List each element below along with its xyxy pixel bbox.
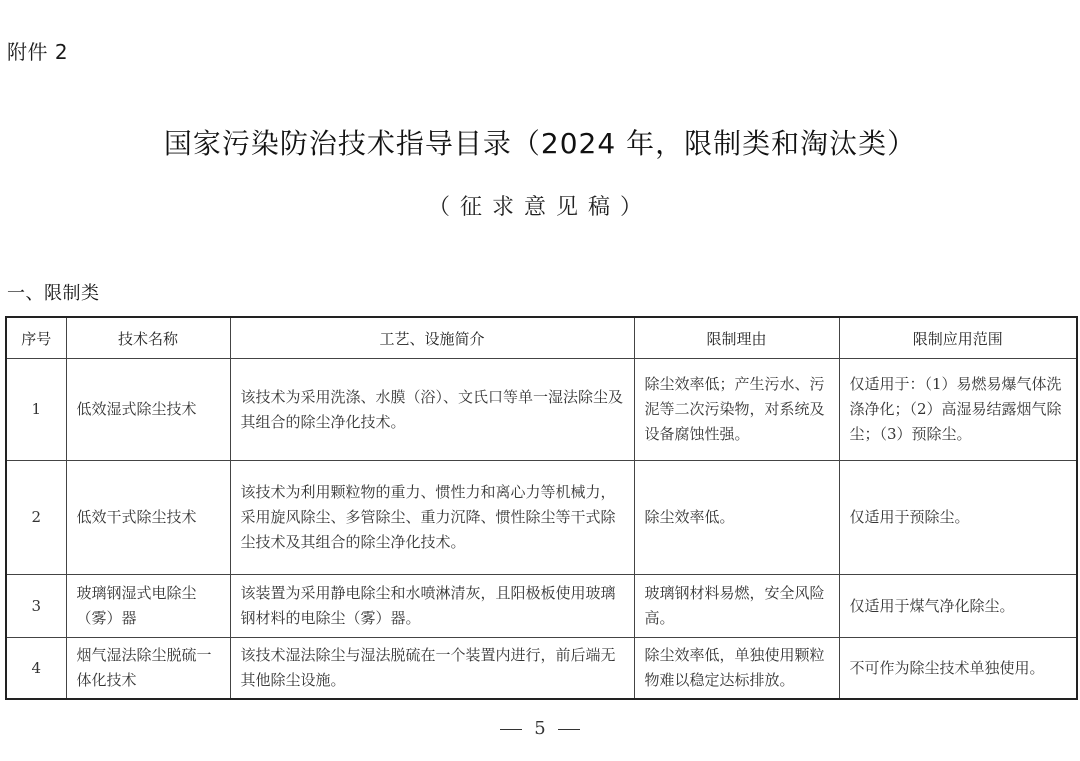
row-number: 2	[6, 461, 66, 575]
section-heading: 一、限制类	[7, 279, 100, 305]
tech-name: 低效湿式除尘技术	[66, 359, 230, 461]
tech-name: 烟气湿法除尘脱硫一体化技术	[66, 638, 230, 700]
tech-description: 该技术湿法除尘与湿法脱硫在一个装置内进行，前后端无其他除尘设施。	[230, 638, 634, 700]
column-header-scope: 限制应用范围	[839, 317, 1077, 359]
page-dash-right	[558, 729, 580, 730]
table-header-row: 序号 技术名称 工艺、设施简介 限制理由 限制应用范围	[6, 317, 1077, 359]
restriction-scope: 仅适用于煤气净化除尘。	[839, 575, 1077, 638]
document-title: 国家污染防治技术指导目录（2024 年，限制类和淘汰类）	[0, 122, 1080, 162]
row-number: 1	[6, 359, 66, 461]
restriction-scope: 仅适用于：（1）易燃易爆气体洗涤净化；（2）高湿易结露烟气除尘；（3）预除尘。	[839, 359, 1077, 461]
table-row: 4 烟气湿法除尘脱硫一体化技术 该技术湿法除尘与湿法脱硫在一个装置内进行，前后端…	[6, 638, 1077, 700]
table-row: 3 玻璃钢湿式电除尘（雾）器 该装置为采用静电除尘和水喷淋清灰，且阳极板使用玻璃…	[6, 575, 1077, 638]
attachment-label: 附件 2	[7, 36, 68, 65]
column-header-reason: 限制理由	[634, 317, 839, 359]
restricted-technologies-table: 序号 技术名称 工艺、设施简介 限制理由 限制应用范围 1 低效湿式除尘技术 该…	[5, 316, 1078, 700]
document-subtitle: （征求意见稿）	[0, 190, 1080, 221]
table-row: 2 低效干式除尘技术 该技术为利用颗粒物的重力、惯性力和离心力等机械力，采用旋风…	[6, 461, 1077, 575]
restriction-reason: 玻璃钢材料易燃，安全风险高。	[634, 575, 839, 638]
page-footer: 5	[0, 718, 1080, 739]
column-header-description: 工艺、设施简介	[230, 317, 634, 359]
restriction-scope: 不可作为除尘技术单独使用。	[839, 638, 1077, 700]
page-number: 5	[534, 718, 545, 739]
restriction-reason: 除尘效率低，单独使用颗粒物难以稳定达标排放。	[634, 638, 839, 700]
row-number: 4	[6, 638, 66, 700]
tech-description: 该装置为采用静电除尘和水喷淋清灰，且阳极板使用玻璃钢材料的电除尘（雾）器。	[230, 575, 634, 638]
tech-description: 该技术为利用颗粒物的重力、惯性力和离心力等机械力，采用旋风除尘、多管除尘、重力沉…	[230, 461, 634, 575]
row-number: 3	[6, 575, 66, 638]
restriction-reason: 除尘效率低。	[634, 461, 839, 575]
table-row: 1 低效湿式除尘技术 该技术为采用洗涤、水膜（浴）、文氏口等单一湿法除尘及其组合…	[6, 359, 1077, 461]
restriction-scope: 仅适用于预除尘。	[839, 461, 1077, 575]
tech-name: 玻璃钢湿式电除尘（雾）器	[66, 575, 230, 638]
page-dash-left	[500, 729, 522, 730]
tech-description: 该技术为采用洗涤、水膜（浴）、文氏口等单一湿法除尘及其组合的除尘净化技术。	[230, 359, 634, 461]
column-header-tech-name: 技术名称	[66, 317, 230, 359]
tech-name: 低效干式除尘技术	[66, 461, 230, 575]
restriction-reason: 除尘效率低；产生污水、污泥等二次污染物，对系统及设备腐蚀性强。	[634, 359, 839, 461]
column-header-number: 序号	[6, 317, 66, 359]
